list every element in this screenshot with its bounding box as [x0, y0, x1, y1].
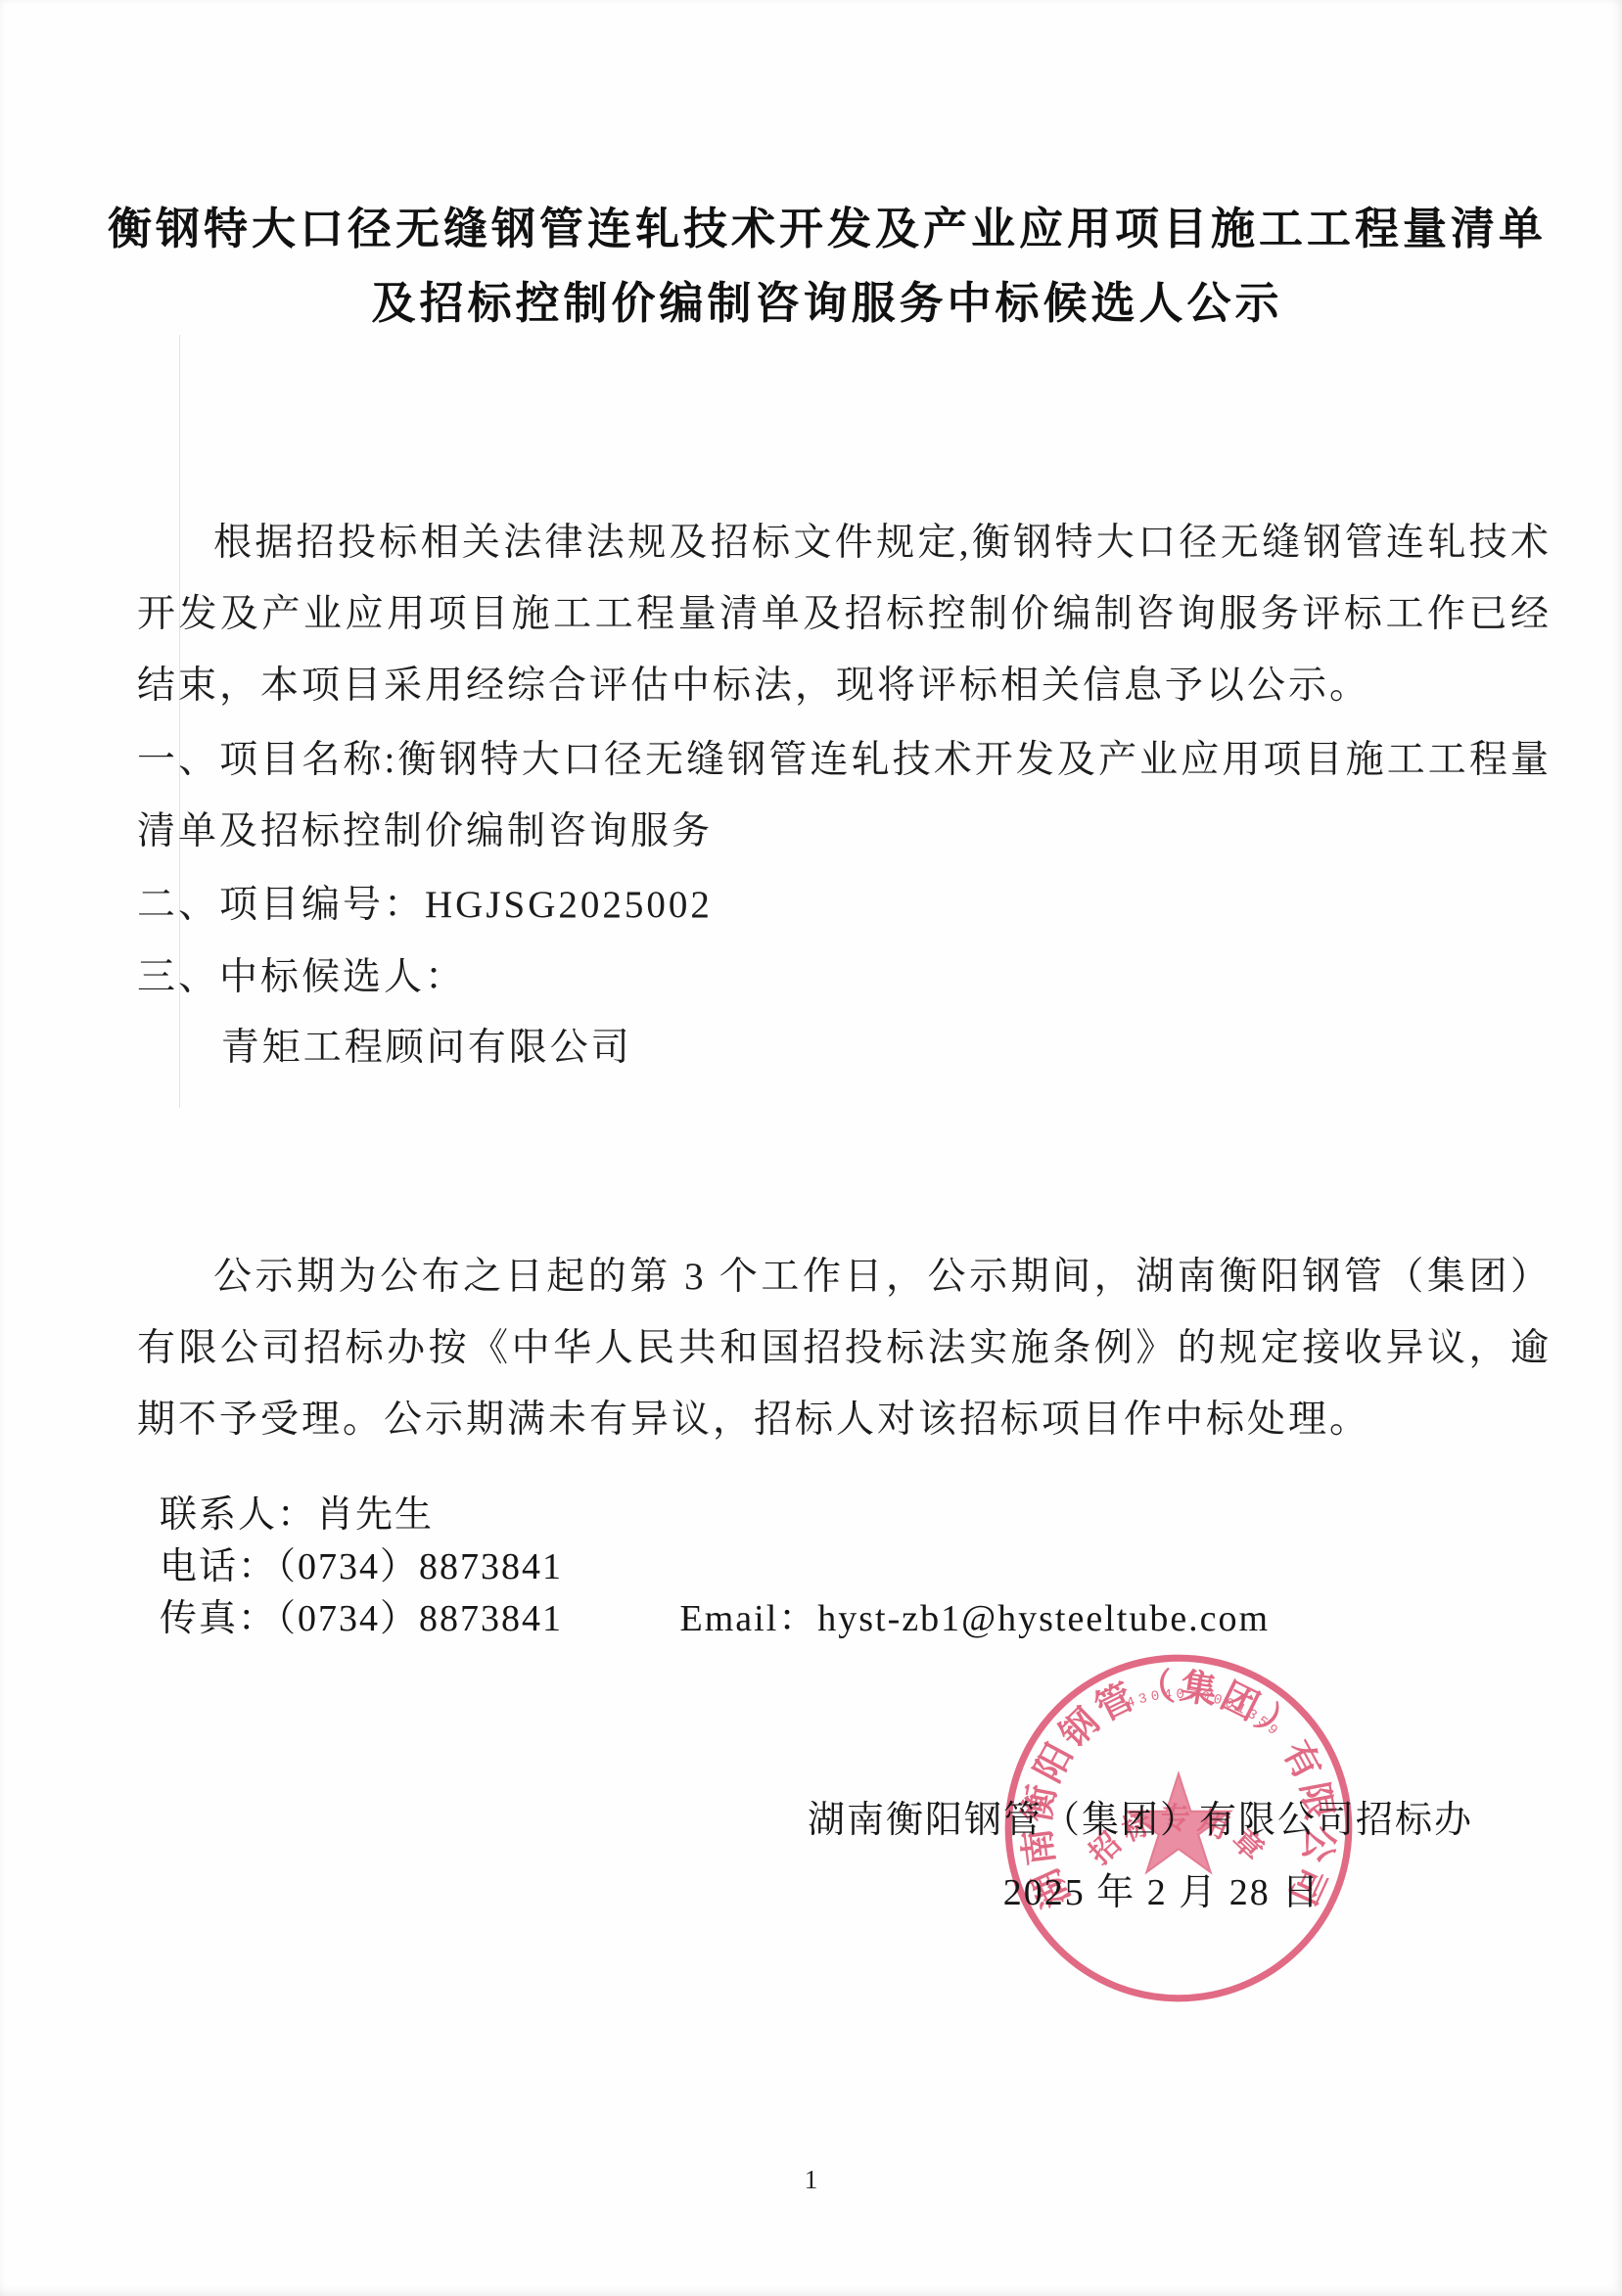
- item-project-number: 二、项目编号：HGJSG2025002: [137, 869, 1552, 941]
- contact-phone: 电话：（0734）8873841: [160, 1541, 1270, 1593]
- contact-fax-email-row: 传真：（0734）8873841 Email：hyst-zb1@hysteelt…: [160, 1593, 1270, 1645]
- contact-email: Email：hyst-zb1@hysteeltube.com: [680, 1598, 1271, 1639]
- document-title-line1: 衡钢特大口径无缝钢管连轧技术开发及产业应用项目施工工程量清单: [108, 192, 1547, 266]
- page-number: 1: [0, 2165, 1622, 2195]
- document-title: 衡钢特大口径无缝钢管连轧技术开发及产业应用项目施工工程量清单 及招标控制价编制咨…: [108, 192, 1547, 341]
- item-project-name: 一、项目名称:衡钢特大口径无缝钢管连轧技术开发及产业应用项目施工工程量清单及招标…: [137, 724, 1552, 867]
- contact-person: 联系人：肖先生: [160, 1490, 1270, 1541]
- notice-paragraph: 公示期为公布之日起的第 3 个工作日，公示期间，湖南衡阳钢管（集团）有限公司招标…: [137, 1241, 1552, 1455]
- signature-date: 2025 年 2 月 28 日: [932, 1861, 1392, 1915]
- contact-block: 联系人：肖先生 电话：（0734）8873841 传真：（0734）887384…: [160, 1490, 1270, 1645]
- announcement-page: 衡钢特大口径无缝钢管连轧技术开发及产业应用项目施工工程量清单 及招标控制价编制咨…: [0, 0, 1622, 2296]
- item-candidates-label: 三、中标候选人：: [137, 941, 1552, 1013]
- signature-organization: 湖南衡阳钢管（集团）有限公司招标办: [808, 1789, 1473, 1843]
- candidate-name: 青矩工程顾问有限公司: [137, 1012, 1552, 1083]
- contact-fax: 传真：（0734）8873841: [160, 1598, 563, 1639]
- document-title-line2: 及招标控制价编制咨询服务中标候选人公示: [108, 266, 1547, 341]
- intro-paragraph: 根据招投标相关法律法规及招标文件规定,衡钢特大口径无缝钢管连轧技术开发及产业应用…: [137, 507, 1552, 721]
